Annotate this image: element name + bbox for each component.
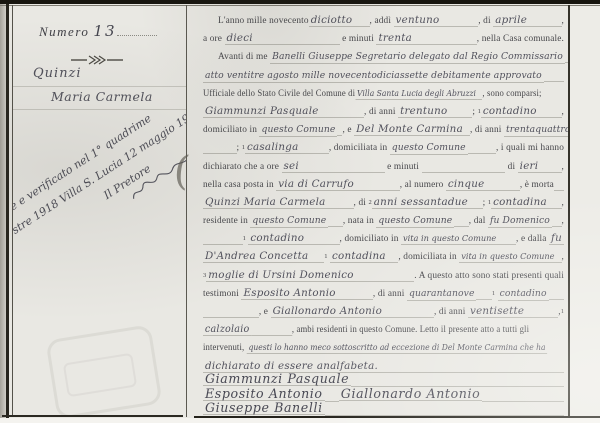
- handwritten-entry: questo Comune: [250, 215, 328, 228]
- signature: Giammunzi Pasquale: [203, 373, 351, 386]
- act-line: calzolaio , ambi residenti in questo Com…: [203, 323, 539, 341]
- handwritten-entry: contadino: [248, 232, 306, 245]
- handwritten-entry: fu Domenico: [488, 215, 552, 228]
- printed-text: , è morta: [520, 179, 554, 191]
- handwritten-entry: Giammunzi Pasquale: [203, 105, 321, 118]
- form-blank: [301, 160, 385, 173]
- form-blank: [384, 305, 434, 318]
- printed-text: ,: [562, 215, 564, 227]
- printed-text: e minuti: [385, 161, 422, 173]
- printed-text: , addì: [370, 15, 394, 27]
- handwritten-entry: contadina: [491, 196, 549, 209]
- border-left: [6, 4, 9, 418]
- printed-text: ,: [562, 161, 564, 173]
- printed-text: ,: [562, 15, 564, 27]
- handwritten-entry: dieci: [225, 32, 255, 45]
- printed-text: e minuti: [340, 33, 377, 45]
- form-blank: [203, 141, 237, 154]
- border-top-thin: [0, 5, 600, 6]
- margin-divider: [186, 5, 187, 417]
- handwritten-entry: trentaquattro: [504, 124, 569, 137]
- handwritten-entry: atto ventitre agosto mille novecentodici…: [203, 70, 544, 83]
- act-line: Avanti di me Banelli Giuseppe Segretario…: [203, 50, 564, 68]
- printed-text: residente in: [203, 215, 250, 227]
- printed-text: , dal: [469, 215, 488, 227]
- printed-text: , di anni: [364, 106, 398, 118]
- form-blank: [356, 269, 415, 282]
- printed-text: ,: [562, 106, 564, 118]
- form-blank: [301, 141, 329, 154]
- act-line: 1 contadino , domiciliato in vita in que…: [203, 232, 564, 250]
- printed-text: , di: [354, 197, 369, 209]
- form-blank: [468, 141, 496, 154]
- form-blank: [328, 196, 354, 209]
- printed-text: , sono comparsi;: [482, 88, 541, 100]
- act-line: Giammunzi Pasquale , di anni trentuno ; …: [203, 105, 564, 123]
- form-blank: [540, 160, 561, 173]
- printed-text: domiciliato in: [203, 124, 259, 136]
- handwritten-entry: Esposito Antonio: [241, 287, 337, 300]
- form-blank: [482, 389, 564, 402]
- margin-column: Numero 13 Quinzi Maria Carmela V'è e ver…: [13, 6, 186, 416]
- handwritten-entry: moglie di Ursini Domenico: [206, 269, 356, 282]
- act-line: ; 1casalinga , domiciliata in questo Com…: [203, 141, 564, 159]
- printed-text: , di anni: [373, 288, 407, 300]
- form-blank: [552, 214, 562, 227]
- scan-bottom-edge: [0, 418, 600, 423]
- act-line: L'anno mille novecentodiciotto , addì ve…: [203, 14, 564, 32]
- printed-text: testimoni: [203, 288, 241, 300]
- form-blank: [422, 160, 506, 173]
- numero-label: Numero: [39, 24, 89, 39]
- printed-text: , nata in: [343, 215, 377, 227]
- form-blank: [388, 250, 399, 263]
- form-blank: [321, 105, 364, 118]
- act-line: Ufficiale dello Stato Civile del Comune …: [203, 87, 539, 105]
- printed-text: nella casa posta in: [203, 179, 276, 191]
- printed-text: dichiarato che a ore: [203, 161, 282, 173]
- handwritten-entry: ventuno: [394, 14, 442, 27]
- handwritten-entry: quarantanove: [407, 288, 477, 301]
- act-line: nella casa posta in via di Carrufo , al …: [203, 178, 564, 196]
- handwritten-entry: anni sessantadue: [372, 196, 470, 209]
- handwritten-entry: contadina: [330, 250, 388, 263]
- printed-text: di: [505, 161, 517, 173]
- printed-text: intervenuti,: [203, 342, 247, 354]
- handwritten-entry: questo Comune: [259, 124, 337, 137]
- form-blank: [529, 14, 561, 27]
- margin-given-names: Maria Carmela: [51, 89, 153, 104]
- form-blank: [470, 196, 483, 209]
- act-line: , e Giallonardo Antonio , di anni ventis…: [203, 305, 564, 323]
- form-blank: [549, 287, 564, 300]
- form-blank: [325, 403, 564, 416]
- printed-text: , di anni: [434, 306, 468, 318]
- form-blank: [255, 32, 340, 45]
- margin-surname: Quinzi: [33, 66, 82, 81]
- printed-text: , domiciliata in: [329, 142, 390, 154]
- act-line: 3moglie di Ursini Domenico . A questo at…: [203, 269, 564, 287]
- act-line: domiciliato in questo Comune , e Del Mon…: [203, 123, 564, 141]
- act-line: intervenuti, questi lo hanno meco sottos…: [203, 341, 539, 359]
- border-left-thin: [12, 5, 13, 417]
- form-blank: [539, 105, 562, 118]
- printed-text: , di anni: [470, 124, 504, 136]
- form-blank: [414, 32, 477, 45]
- handwritten-entry: questo Comune: [390, 142, 468, 155]
- handwritten-entry: ventisette: [468, 305, 526, 318]
- handwritten-entry: cinque: [446, 178, 487, 191]
- handwritten-entry: Del Monte Carmina: [354, 123, 465, 136]
- printed-text: a ore: [203, 33, 225, 45]
- printed-text: , nella Casa comunale.: [477, 33, 564, 45]
- signature: Giuseppe Banelli: [203, 402, 325, 415]
- handwritten-entry: ieri: [518, 160, 541, 173]
- handwritten-entry: vita in questo Comune: [401, 232, 498, 245]
- handwritten-entry: Villa Santa Lucia degli Abruzzi: [355, 87, 478, 100]
- handwritten-entry: contadino: [498, 288, 549, 301]
- numero-line: Numero 13: [39, 22, 157, 41]
- border-bottom-left: [2, 415, 183, 417]
- handwritten-entry: contadino: [481, 105, 539, 118]
- printed-text: , e: [259, 306, 271, 318]
- verification-note: V'è e verificato nel 1° quadrime stre 19…: [13, 75, 186, 268]
- form-blank: [328, 214, 342, 227]
- printed-text: , domiciliata in: [398, 251, 459, 263]
- printed-text: Avanti di me: [218, 51, 270, 63]
- registry-scan-page: Numero 13 Quinzi Maria Carmela V'è e ver…: [0, 0, 600, 423]
- handwritten-entry: trentuno: [398, 105, 449, 118]
- handwritten-entry: Quinzi Maria Carmela: [203, 196, 328, 209]
- act-line: dichiarato che a ore sei e minuti di ier…: [203, 160, 564, 178]
- form-blank: [498, 232, 516, 245]
- form-blank: [306, 232, 339, 245]
- form-blank: [554, 178, 564, 191]
- handwritten-entry: via di Carrufo: [276, 178, 356, 191]
- form-blank: [549, 196, 562, 209]
- form-blank: [449, 105, 472, 118]
- handwritten-entry: Giallonardo Antonio: [271, 305, 384, 318]
- form-blank: [476, 287, 491, 300]
- margin-rule: [13, 86, 186, 87]
- form-blank: [380, 360, 564, 373]
- handwritten-entry: trenta: [376, 32, 414, 45]
- form-blank: [486, 178, 519, 191]
- scan-right-edge: [570, 6, 600, 417]
- act-line: atto ventitre agosto mille novecentodici…: [203, 69, 564, 87]
- numero-value: 13: [93, 22, 116, 40]
- handwritten-entry: sei: [282, 160, 301, 173]
- printed-text: , e: [342, 124, 354, 136]
- printed-text: , di: [478, 15, 493, 27]
- form-blank: [310, 250, 324, 263]
- printed-text: . A questo atto sono stati presenti qual…: [414, 270, 564, 282]
- act-line: testimoni Esposito Antonio , di anni qua…: [203, 287, 564, 305]
- act-line: a ore dieci e minuti trenta , nella Casa…: [203, 32, 564, 50]
- signature: Esposito Antonio: [203, 388, 325, 401]
- handwritten-entry: diciotto: [309, 14, 355, 27]
- form-blank: [441, 14, 478, 27]
- form-blank: [356, 178, 400, 191]
- signature: Giallonardo Antonio: [339, 388, 483, 401]
- printed-text: , domiciliato in: [340, 233, 401, 245]
- form-blank: [526, 305, 558, 318]
- border-top: [0, 0, 600, 4]
- printed-text: , e dalla: [516, 233, 549, 245]
- form-blank: [203, 305, 259, 318]
- printed-text: , ambi residenti in questo Comune. Letto…: [292, 324, 529, 336]
- handwritten-entry: D'Andrea Concetta: [203, 250, 310, 263]
- act-line: Quinzi Maria Carmela , di 2anni sessanta…: [203, 196, 564, 214]
- form-blank: [544, 69, 564, 82]
- dotted-rule: [117, 35, 157, 36]
- act-line: Giuseppe Banelli: [203, 402, 564, 416]
- handwritten-entry: casalinga: [245, 141, 301, 154]
- handwritten-entry: questo Comune: [376, 215, 454, 228]
- handwritten-entry: questi lo hanno meco sottoscritto ad ecc…: [247, 341, 548, 354]
- handwritten-entry: vita in questo Comune: [459, 250, 556, 263]
- act-line: D'Andrea Concetta 1 contadina , domicili…: [203, 250, 564, 268]
- form-blank: [325, 389, 339, 402]
- handwritten-entry: aprile: [493, 14, 529, 27]
- printed-text: , i quali mi hanno: [496, 142, 564, 154]
- handwritten-entry: calzolaio: [203, 323, 251, 336]
- printed-text: ,: [562, 251, 564, 263]
- act-text-area: L'anno mille novecentodiciotto , addì ve…: [187, 6, 569, 416]
- handwritten-entry: Banelli Giuseppe Segretario delegato dal…: [270, 51, 565, 64]
- printed-text: Ufficiale dello Stato Civile del Comune …: [203, 88, 355, 100]
- printed-text: L'anno mille novecento: [218, 15, 309, 27]
- form-blank: [338, 287, 373, 300]
- form-blank: [251, 323, 291, 336]
- printed-text: ,: [562, 197, 564, 209]
- form-blank: [203, 232, 243, 245]
- handwritten-entry: fu: [549, 232, 564, 245]
- form-blank: [354, 14, 369, 27]
- footnote-marker: 1: [561, 308, 564, 315]
- form-blank: [454, 214, 468, 227]
- act-line: residente in questo Comune , nata in que…: [203, 214, 564, 232]
- printed-text: , al numero: [400, 179, 446, 191]
